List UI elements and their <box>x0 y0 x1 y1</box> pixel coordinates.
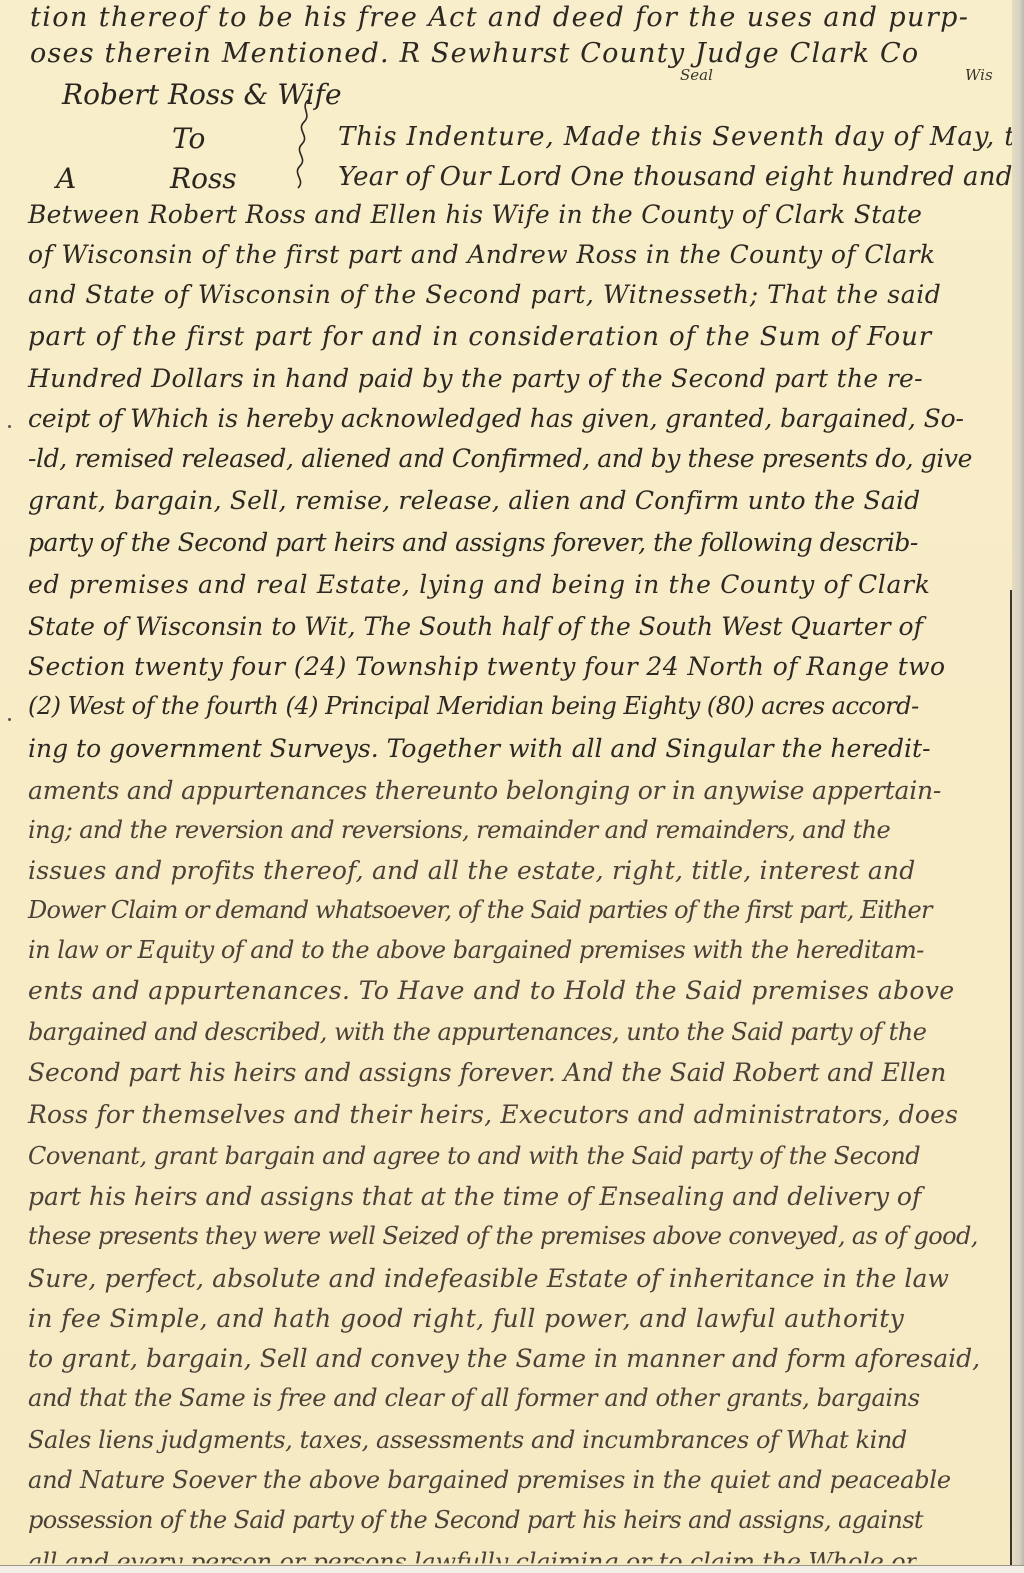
body-line: grant, bargain, Sell, remise, release, a… <box>28 486 920 515</box>
body-line: party of the Second part heirs and assig… <box>28 528 918 557</box>
body-line: aments and appurtenances thereunto belon… <box>28 776 941 805</box>
body-line: State of Wisconsin to Wit, The South hal… <box>28 612 923 641</box>
body-line: Dower Claim or demand whatsoever, of the… <box>28 896 932 924</box>
body-line: Hundred Dollars in hand paid by the part… <box>28 364 923 393</box>
wis-note: Wis <box>965 66 993 84</box>
body-line: Section twenty four (24) Township twenty… <box>28 652 945 681</box>
caption-to: To <box>172 122 205 155</box>
deed-page: tion thereof to be his free Act and deed… <box>0 0 1011 1565</box>
body-line: ing; and the reversion and reversions, r… <box>28 816 890 844</box>
body-line: possession of the Said party of the Seco… <box>28 1506 923 1534</box>
body-line: to grant, bargain, Sell and convey the S… <box>28 1344 980 1373</box>
page-binding-edge <box>1012 0 1024 1573</box>
body-line: Covenant, grant bargain and agree to and… <box>28 1142 920 1170</box>
margin-mark <box>8 425 11 428</box>
body-line: of Wisconsin of the first part and Andre… <box>28 240 935 269</box>
body-line: This Indenture, Made this Seventh day of… <box>338 122 1024 152</box>
body-line: ceipt of Which is hereby acknowledged ha… <box>28 404 964 433</box>
body-line: and that the Same is free and clear of a… <box>28 1384 920 1412</box>
page-bottom-edge <box>0 1565 1024 1573</box>
brace-icon <box>290 98 316 194</box>
body-line: ents and appurtenances. To Have and to H… <box>28 976 955 1005</box>
margin-mark <box>8 718 11 721</box>
body-line: issues and profits thereof, and all the … <box>28 856 915 885</box>
body-line: part of the first part for and in consid… <box>28 322 932 352</box>
body-line: part his heirs and assigns that at the t… <box>28 1182 921 1211</box>
body-line: in fee Simple, and hath good right, full… <box>28 1304 904 1333</box>
body-line: Between Robert Ross and Ellen his Wife i… <box>28 200 922 229</box>
body-line: and Nature Soever the above bargained pr… <box>28 1466 951 1494</box>
body-line: Sales liens judgments, taxes, assessment… <box>28 1426 907 1454</box>
seal-note: Seal <box>680 66 713 84</box>
caption-grantee-surname: Ross <box>170 162 237 195</box>
body-line: Year of Our Lord One thousand eight hund… <box>338 162 1024 192</box>
body-line: ing to government Surveys. Together with… <box>28 734 931 763</box>
body-line: ed premises and real Estate, lying and b… <box>28 570 931 599</box>
body-line: bargained and described, with the appurt… <box>28 1018 926 1046</box>
body-line: in law or Equity of and to the above bar… <box>28 936 924 964</box>
body-line: (2) West of the fourth (4) Principal Mer… <box>28 692 919 720</box>
header-line-2: oses therein Mentioned. R Sewhurst Count… <box>30 38 919 69</box>
body-line: Ross for themselves and their heirs, Exe… <box>28 1100 958 1129</box>
body-line: -ld, remised released, aliened and Confi… <box>28 444 972 473</box>
body-line: and State of Wisconsin of the Second par… <box>28 280 941 309</box>
caption-grantee-initial: A <box>56 162 76 195</box>
body-line: these presents they were well Seized of … <box>28 1222 978 1250</box>
body-line: Sure, perfect, absolute and indefeasible… <box>28 1264 949 1293</box>
header-line-1: tion thereof to be his free Act and deed… <box>30 2 969 33</box>
body-line: Second part his heirs and assigns foreve… <box>28 1058 946 1087</box>
